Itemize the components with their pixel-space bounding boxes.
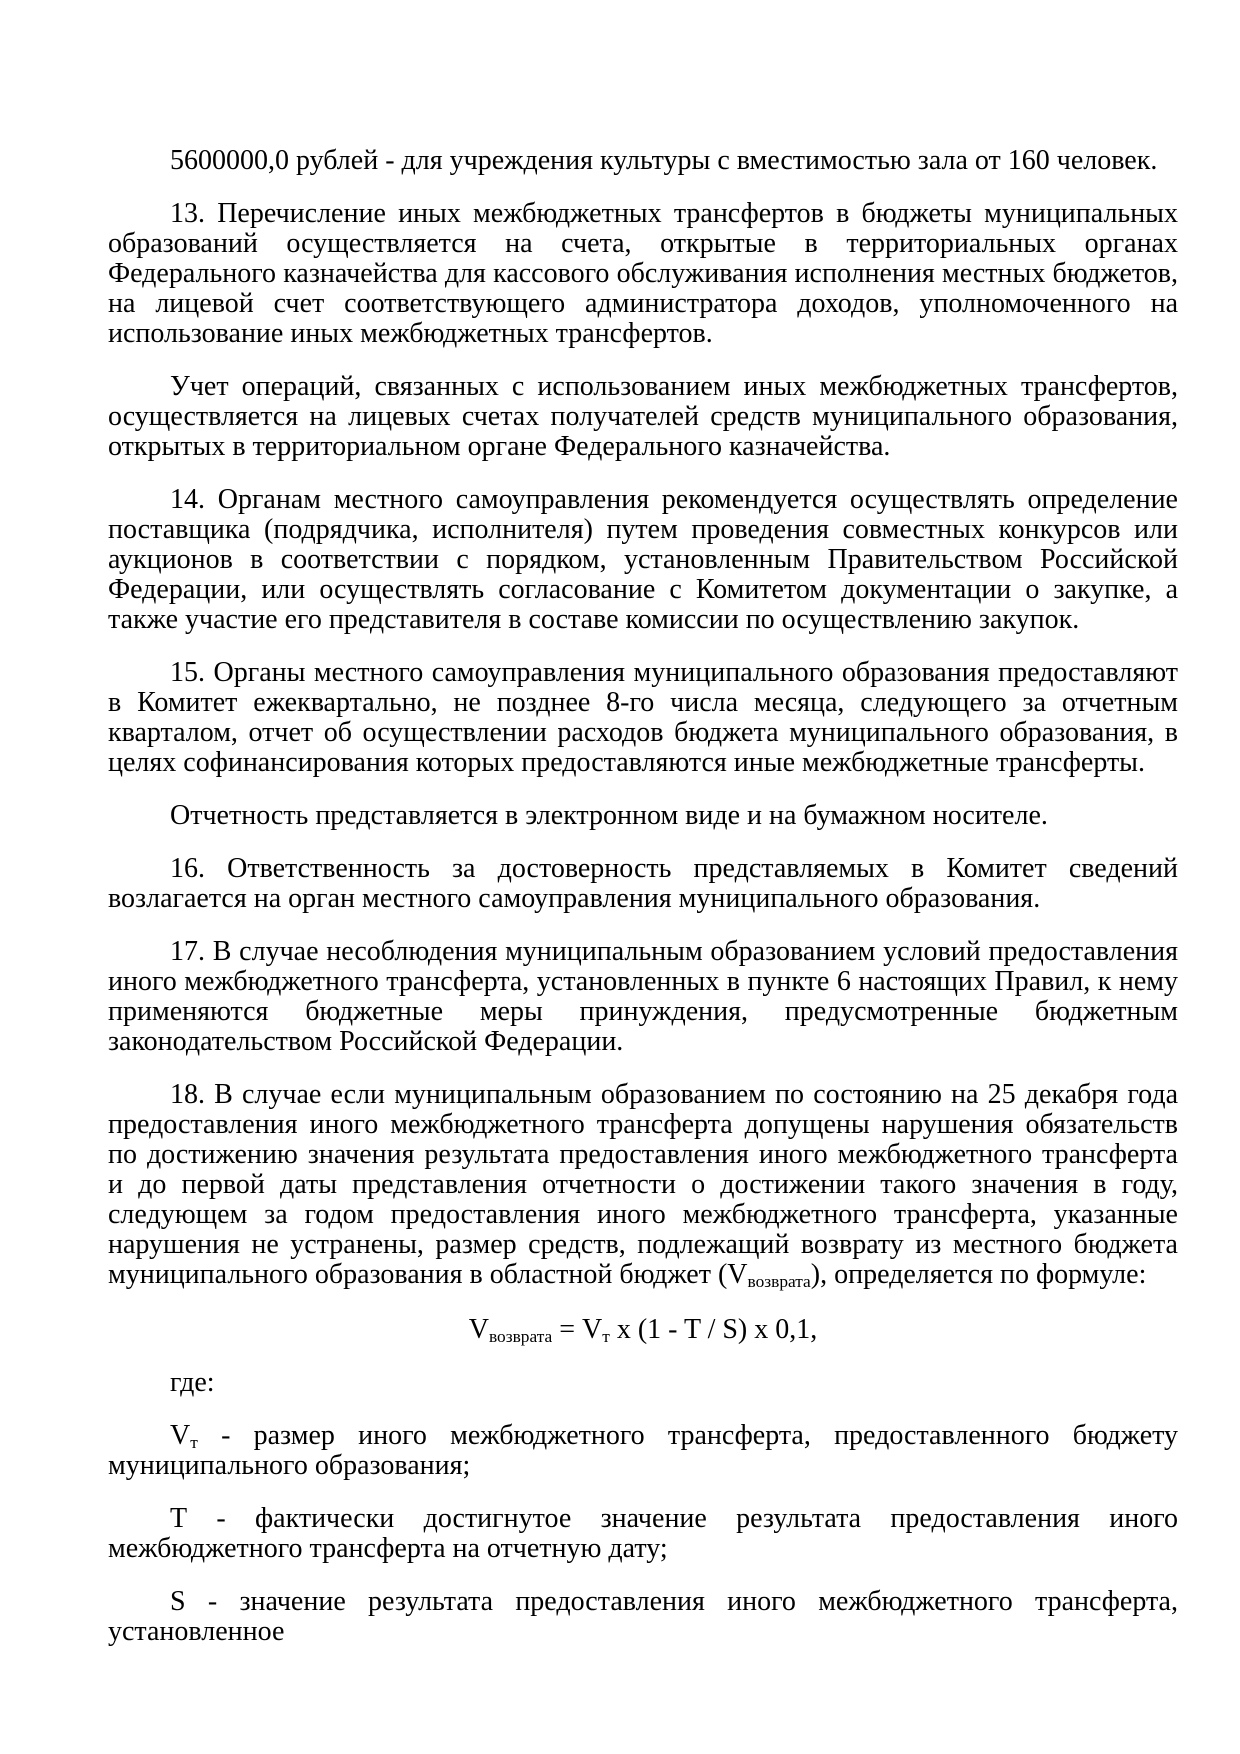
paragraph-reporting-form: Отчетность представляется в электронном … (108, 801, 1178, 831)
paragraph-15: 15. Органы местного самоуправления муниц… (108, 658, 1178, 778)
paragraph-17: 17. В случае несоблюдения муниципальным … (108, 937, 1178, 1057)
vt-def-base: V (170, 1420, 190, 1451)
paragraph-18: 18. В случае если муниципальным образова… (108, 1080, 1178, 1290)
document-content: 5600000,0 рублей - для учреждения культу… (108, 146, 1178, 1647)
paragraph-where: где: (108, 1368, 1178, 1398)
paragraph-t-definition: Т - фактически достигнутое значение резу… (108, 1504, 1178, 1564)
paragraph-vt-definition: Vт - размер иного межбюджетного трансфер… (108, 1421, 1178, 1481)
paragraph-16: 16. Ответственность за достоверность пре… (108, 854, 1178, 914)
formula-equals: = V (552, 1314, 602, 1345)
v-return-subscript: возврата (748, 1272, 811, 1291)
paragraph-s-definition: S - значение результата предоставления и… (108, 1587, 1178, 1647)
formula-var-subscript: возврата (489, 1327, 552, 1346)
paragraph-amount-line: 5600000,0 рублей - для учреждения культу… (108, 146, 1178, 176)
paragraph-13: 13. Перечисление иных межбюджетных транс… (108, 199, 1178, 349)
vt-def-subscript: т (190, 1433, 198, 1452)
vt-def-text: - размер иного межбюджетного трансферта,… (108, 1420, 1178, 1481)
paragraph-14: 14. Органам местного самоуправления реко… (108, 485, 1178, 635)
paragraph-18-text-end: ), определяется по формуле: (811, 1259, 1147, 1290)
paragraph-accounting-operations: Учет операций, связанных с использование… (108, 372, 1178, 462)
formula-expression: x (1 - T / S) x 0,1, (610, 1314, 817, 1345)
document-page: 5600000,0 рублей - для учреждения культу… (0, 0, 1240, 1754)
formula-v-return: Vвозврата = Vт x (1 - T / S) x 0,1, (108, 1315, 1178, 1345)
formula-var-base: V (469, 1314, 489, 1345)
formula-t-subscript: т (602, 1327, 610, 1346)
